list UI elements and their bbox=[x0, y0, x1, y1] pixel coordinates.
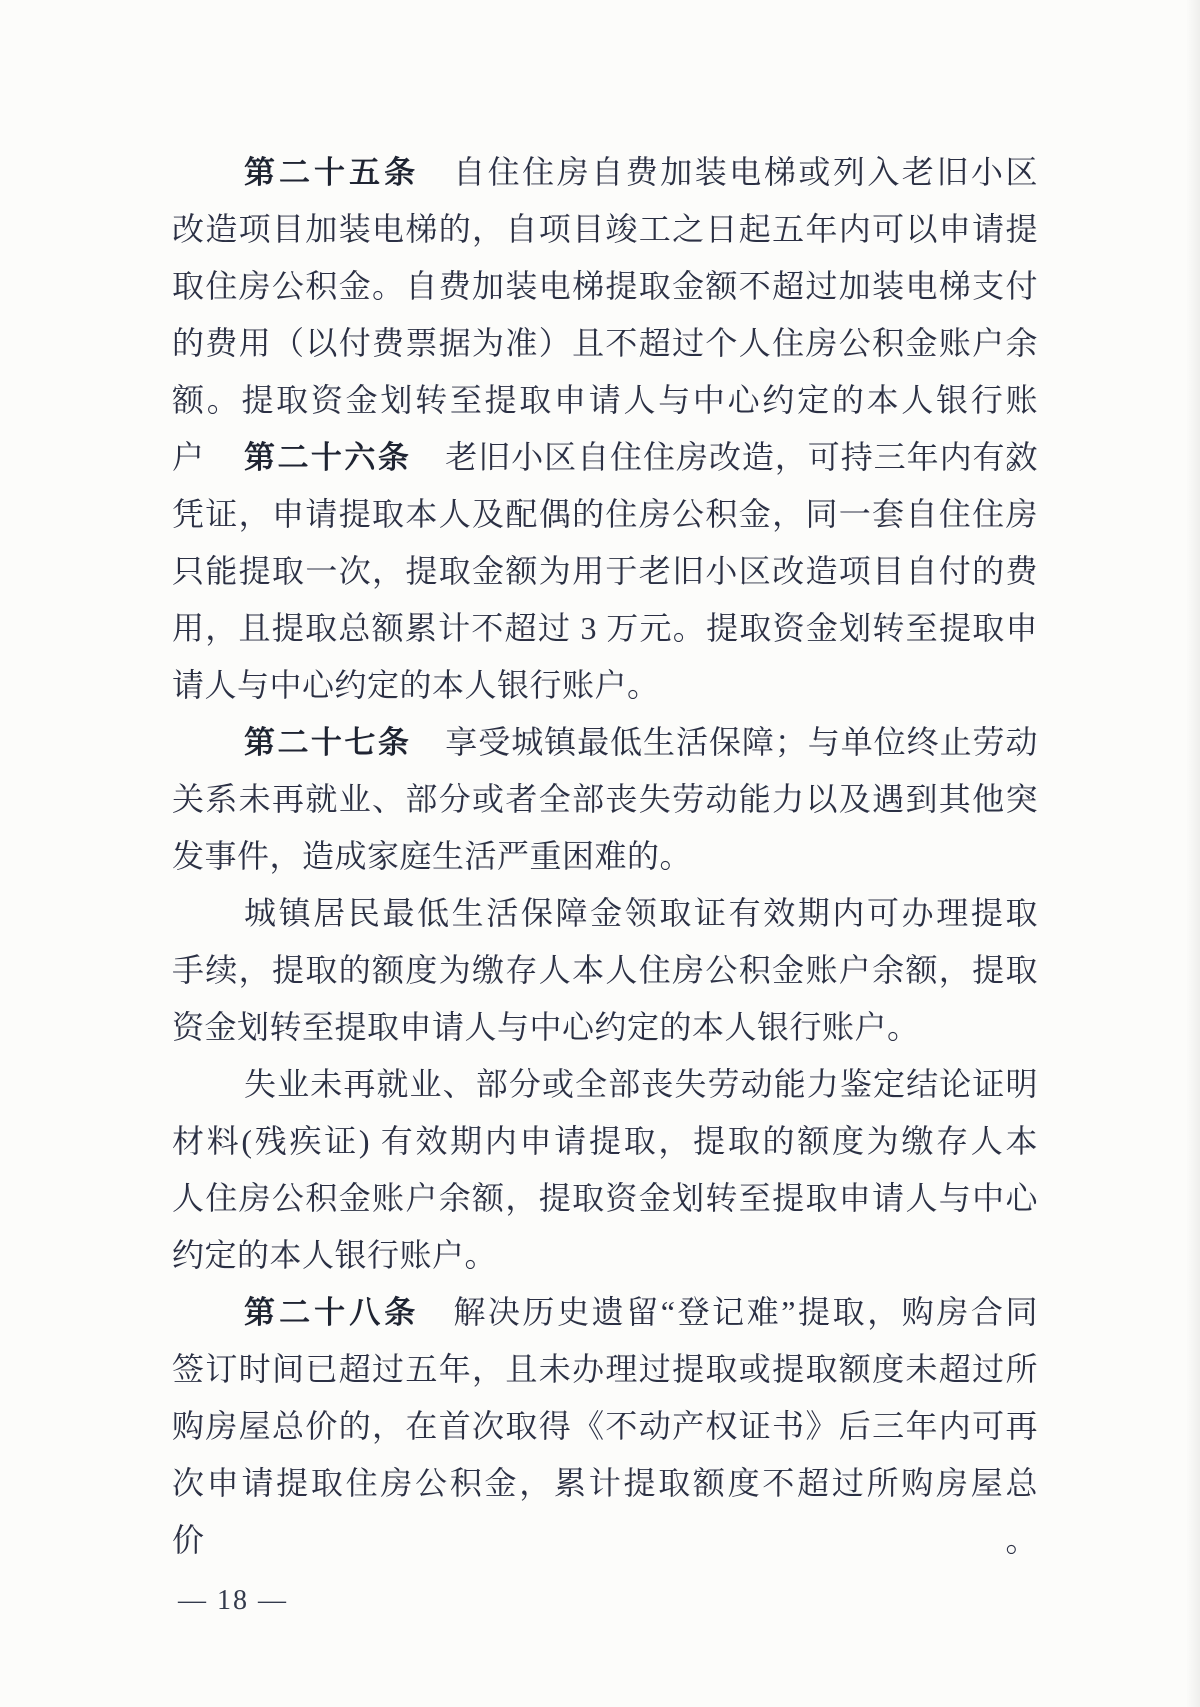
text-line: 次申请提取住房公积金，累计提取额度不超过所购房屋总价。 bbox=[172, 1455, 1038, 1512]
line-text: 凭证，申请提取本人及配偶的住房公积金，同一套自住住房 bbox=[172, 496, 1038, 532]
line-text: 关系未再就业、部分或者全部丧失劳动能力以及遇到其他突 bbox=[172, 781, 1038, 817]
line-text: 老旧小区自住住房改造，可持三年内有效 bbox=[445, 439, 1038, 475]
article-heading: 第二十五条 bbox=[244, 155, 419, 190]
text-line: 材料(残疾证) 有效期内申请提取，提取的额度为缴存人本 bbox=[172, 1113, 1038, 1170]
line-text: 资金划转至提取申请人与中心约定的本人银行账户。 bbox=[172, 1009, 920, 1045]
line-text: 手续，提取的额度为缴存人本人住房公积金账户余额，提取 bbox=[172, 952, 1038, 988]
text-line: 关系未再就业、部分或者全部丧失劳动能力以及遇到其他突 bbox=[172, 771, 1038, 828]
line-text: 享受城镇最低生活保障；与单位终止劳动 bbox=[445, 724, 1038, 760]
text-line: 额。提取资金划转至提取申请人与中心约定的本人银行账户。 bbox=[172, 372, 1038, 429]
line-text: 失业未再就业、部分或全部丧失劳动能力鉴定结论证明 bbox=[244, 1066, 1038, 1102]
line-text: 约定的本人银行账户。 bbox=[172, 1237, 497, 1273]
line-text: 取住房公积金。自费加装电梯提取金额不超过加装电梯支付 bbox=[172, 268, 1038, 304]
text-line: 的费用（以付费票据为准）且不超过个人住房公积金账户余 bbox=[172, 315, 1038, 372]
line-text: 用，且提取总额累计不超过 3 万元。提取资金划转至提取申 bbox=[172, 610, 1038, 646]
scan-edge-shadow bbox=[1186, 0, 1200, 1707]
line-text: 材料(残疾证) 有效期内申请提取，提取的额度为缴存人本 bbox=[172, 1123, 1038, 1159]
text-line: 第二十七条享受城镇最低生活保障；与单位终止劳动 bbox=[172, 714, 1038, 771]
text-line: 取住房公积金。自费加装电梯提取金额不超过加装电梯支付 bbox=[172, 258, 1038, 315]
text-line: 手续，提取的额度为缴存人本人住房公积金账户余额，提取 bbox=[172, 942, 1038, 999]
line-text: 只能提取一次，提取金额为用于老旧小区改造项目自付的费 bbox=[172, 553, 1038, 589]
line-text: 次申请提取住房公积金，累计提取额度不超过所购房屋总价。 bbox=[172, 1465, 1038, 1558]
line-text: 改造项目加装电梯的，自项目竣工之日起五年内可以申请提 bbox=[172, 211, 1038, 247]
line-text: 解决历史遗留“登记难”提取，购房合同 bbox=[453, 1294, 1038, 1330]
text-line: 约定的本人银行账户。 bbox=[172, 1227, 1038, 1284]
document-body: 第二十五条自住住房自费加装电梯或列入老旧小区改造项目加装电梯的，自项目竣工之日起… bbox=[172, 144, 1038, 1512]
text-line: 请人与中心约定的本人银行账户。 bbox=[172, 657, 1038, 714]
line-text: 发事件，造成家庭生活严重困难的。 bbox=[172, 838, 692, 874]
text-line: 凭证，申请提取本人及配偶的住房公积金，同一套自住住房 bbox=[172, 486, 1038, 543]
text-line: 人住房公积金账户余额，提取资金划转至提取申请人与中心 bbox=[172, 1170, 1038, 1227]
line-text: 城镇居民最低生活保障金领取证有效期内可办理提取 bbox=[244, 895, 1038, 931]
line-text: 人住房公积金账户余额，提取资金划转至提取申请人与中心 bbox=[172, 1180, 1038, 1216]
text-line: 用，且提取总额累计不超过 3 万元。提取资金划转至提取申 bbox=[172, 600, 1038, 657]
text-line: 第二十五条自住住房自费加装电梯或列入老旧小区 bbox=[172, 144, 1038, 201]
text-line: 第二十六条老旧小区自住住房改造，可持三年内有效 bbox=[172, 429, 1038, 486]
text-line: 只能提取一次，提取金额为用于老旧小区改造项目自付的费 bbox=[172, 543, 1038, 600]
line-text: 签订时间已超过五年，且未办理过提取或提取额度未超过所 bbox=[172, 1351, 1038, 1387]
text-line: 第二十八条解决历史遗留“登记难”提取，购房合同 bbox=[172, 1284, 1038, 1341]
text-line: 发事件，造成家庭生活严重困难的。 bbox=[172, 828, 1038, 885]
text-line: 签订时间已超过五年，且未办理过提取或提取额度未超过所 bbox=[172, 1341, 1038, 1398]
line-text: 自住住房自费加装电梯或列入老旧小区 bbox=[453, 154, 1038, 190]
article-heading: 第二十六条 bbox=[244, 440, 411, 475]
page-number: — 18 — bbox=[178, 1584, 288, 1618]
document-page: 第二十五条自住住房自费加装电梯或列入老旧小区改造项目加装电梯的，自项目竣工之日起… bbox=[0, 0, 1200, 1707]
text-line: 改造项目加装电梯的，自项目竣工之日起五年内可以申请提 bbox=[172, 201, 1038, 258]
text-line: 失业未再就业、部分或全部丧失劳动能力鉴定结论证明 bbox=[172, 1056, 1038, 1113]
line-text: 的费用（以付费票据为准）且不超过个人住房公积金账户余 bbox=[172, 325, 1038, 361]
text-line: 城镇居民最低生活保障金领取证有效期内可办理提取 bbox=[172, 885, 1038, 942]
article-heading: 第二十七条 bbox=[244, 725, 411, 760]
line-text: 请人与中心约定的本人银行账户。 bbox=[172, 667, 660, 703]
line-text: 购房屋总价的，在首次取得《不动产权证书》后三年内可再 bbox=[172, 1408, 1038, 1444]
article-heading: 第二十八条 bbox=[244, 1295, 419, 1330]
text-line: 资金划转至提取申请人与中心约定的本人银行账户。 bbox=[172, 999, 1038, 1056]
text-line: 购房屋总价的，在首次取得《不动产权证书》后三年内可再 bbox=[172, 1398, 1038, 1455]
